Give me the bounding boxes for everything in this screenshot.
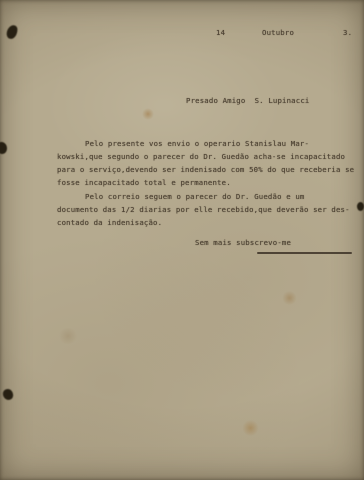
body-line: kowski,que segundo o parecer do Dr. Gued… [57,152,345,161]
letter-sheet: 14 Outubro 3. Presado Amigo S. Lupinacci… [0,0,364,480]
ink-speck-right-edge [357,202,364,211]
body-line: fosse incapacitado total e permanente. [57,178,231,187]
signature-line [257,252,352,254]
stain-lower-left [58,328,78,344]
ink-blot-left-middle [0,142,7,154]
stain-upper-middle [142,108,154,120]
ink-blot-bottom-left [2,388,14,401]
date-day: 14 [216,28,225,37]
body-line: contado da indenisação. [57,218,162,227]
body-line: documento das 1/2 diarias por elle receb… [57,205,350,214]
body-line: Pelo correio seguem o parecer do Dr. Gue… [85,192,305,201]
greeting-line: Presado Amigo S. Lupinacci [186,96,309,105]
closing-line: Sem mais subscrevo-me [195,238,291,247]
page-number: 3. [343,28,352,37]
ink-blot-top-left [5,24,18,40]
stain-right-middle [282,291,297,305]
stain-bottom-right [242,420,259,436]
body-line: para o serviço,devendo ser indenisado co… [57,165,354,174]
body-line: Pelo presente vos envio o operario Stani… [85,139,309,148]
date-month: Outubro [262,28,294,37]
